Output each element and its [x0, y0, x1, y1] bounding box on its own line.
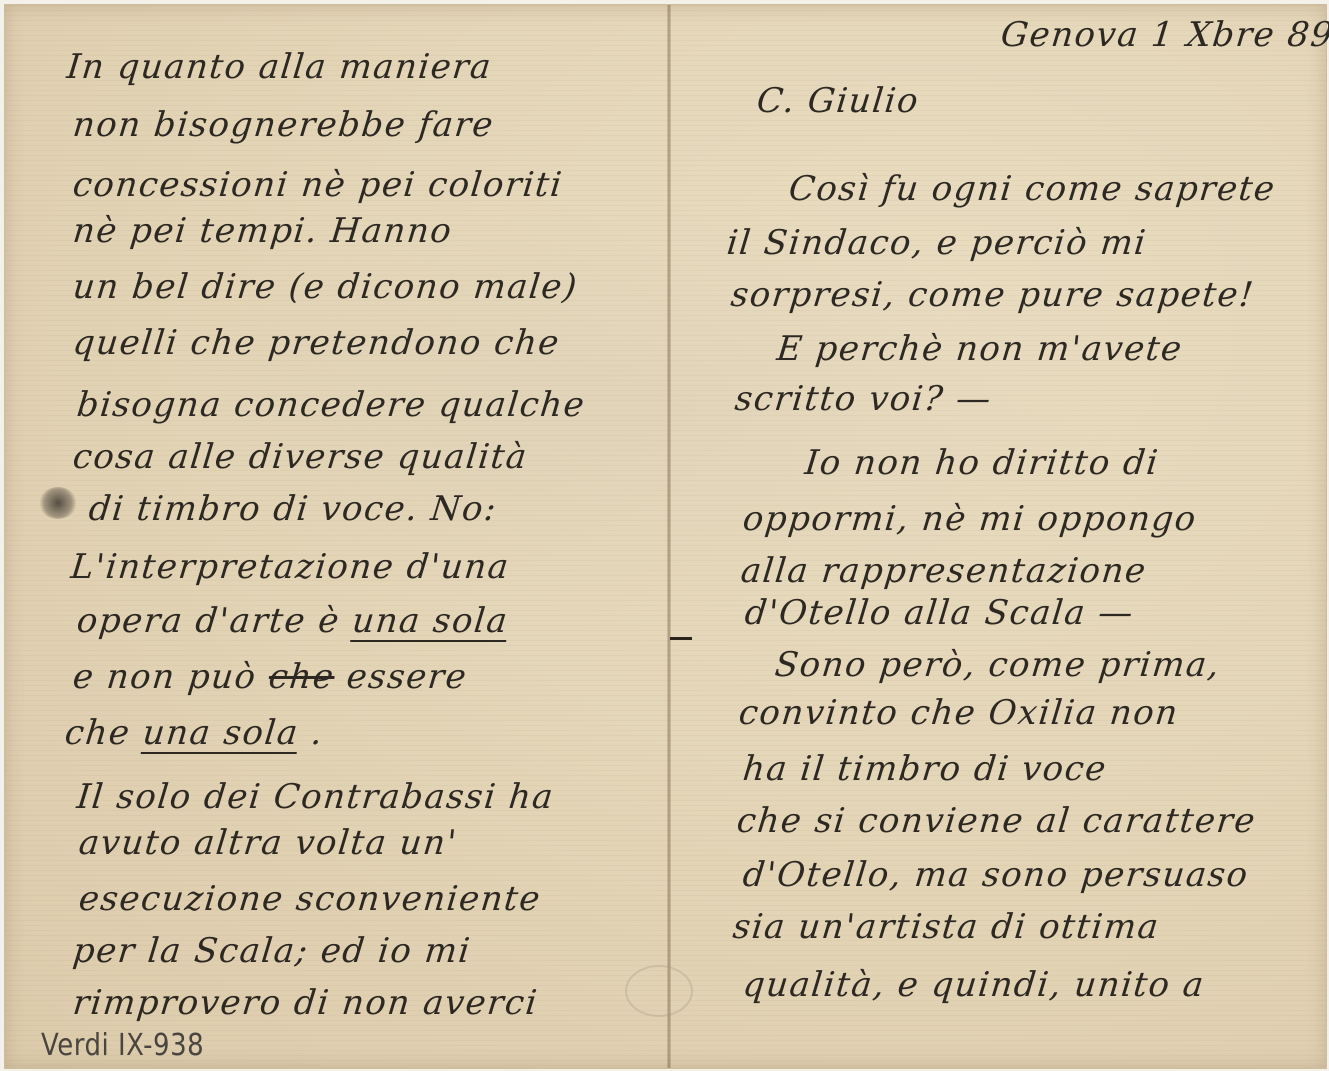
line-text: e non può — [71, 657, 271, 697]
handwritten-line: nè pei tempi. Hanno — [71, 211, 455, 251]
ink-blot — [39, 487, 77, 519]
handwritten-line: Così fu ogni come saprete — [787, 169, 1278, 209]
underlined-phrase: una sola — [141, 713, 301, 753]
handwritten-line: E perchè non m'avete — [775, 329, 1185, 369]
handwritten-line: avuto altra volta un' — [77, 823, 460, 863]
salutation: C. Giulio — [755, 81, 921, 121]
handwritten-line: di timbro di voce. No: — [87, 489, 499, 529]
handwritten-line: cosa alle diverse qualità — [71, 437, 530, 477]
handwritten-line: ha il timbro di voce — [741, 749, 1109, 789]
line-text: che — [63, 713, 145, 753]
handwritten-line: rimprovero di non averci — [71, 983, 540, 1023]
struck-word: che — [267, 657, 337, 697]
line-text: opera d'arte è — [75, 601, 355, 641]
handwritten-line: alla rappresentazione — [739, 551, 1149, 591]
handwritten-line: In quanto alla maniera — [65, 47, 494, 87]
handwritten-line: d'Otello, ma sono persuaso — [741, 855, 1251, 895]
archive-catalog-note: Verdi IX-938 — [41, 1029, 204, 1064]
date-line: Genova 1 Xbre 89 — [999, 15, 1329, 55]
handwritten-line: esecuzione sconveniente — [77, 879, 543, 919]
left-page: In quanto alla maniera non bisognerebbe … — [5, 5, 668, 1068]
handwritten-line: Il solo dei Contrabassi ha — [75, 777, 556, 817]
handwritten-line: e non può che essere — [71, 657, 470, 697]
handwritten-line: scritto voi? — — [733, 379, 994, 419]
handwritten-line: sorpresi, come pure sapete! — [729, 275, 1257, 315]
handwritten-line: qualità, e quindi, unito a — [741, 965, 1207, 1005]
handwritten-line: d'Otello alla Scala — — [743, 593, 1136, 633]
handwritten-line: quelli che pretendono che — [71, 323, 562, 363]
underlined-phrase: una sola — [350, 601, 510, 641]
handwritten-line: un bel dire (e dicono male) — [71, 267, 580, 307]
handwritten-line: opera d'arte è una sola — [75, 601, 510, 641]
handwritten-line: Io non ho diritto di — [803, 443, 1161, 483]
handwritten-line: oppormi, nè mi oppongo — [741, 499, 1199, 539]
handwritten-line: Sono però, come prima, — [773, 645, 1222, 685]
line-text: . — [297, 713, 326, 753]
handwritten-line: convinto che Oxilia non — [737, 693, 1181, 733]
handwritten-line: il Sindaco, e perciò mi — [725, 223, 1149, 263]
right-page: Genova 1 Xbre 89 C. Giulio Così fu ogni … — [671, 5, 1326, 1068]
handwritten-line: che si conviene al carattere — [735, 801, 1258, 841]
handwritten-line: non bisognerebbe fare — [71, 105, 496, 145]
handwritten-line: L'interpretazione d'una — [69, 547, 512, 587]
handwritten-line: sia un'artista di ottima — [731, 907, 1162, 947]
letter-sheet: In quanto alla maniera non bisognerebbe … — [4, 4, 1327, 1069]
handwritten-line: concessioni nè pei coloriti — [71, 165, 565, 205]
handwritten-line: bisogna concedere qualche — [75, 385, 588, 425]
handwritten-line: per la Scala; ed io mi — [71, 931, 473, 971]
handwritten-line: che una sola . — [63, 713, 326, 753]
line-text: essere — [332, 657, 469, 697]
